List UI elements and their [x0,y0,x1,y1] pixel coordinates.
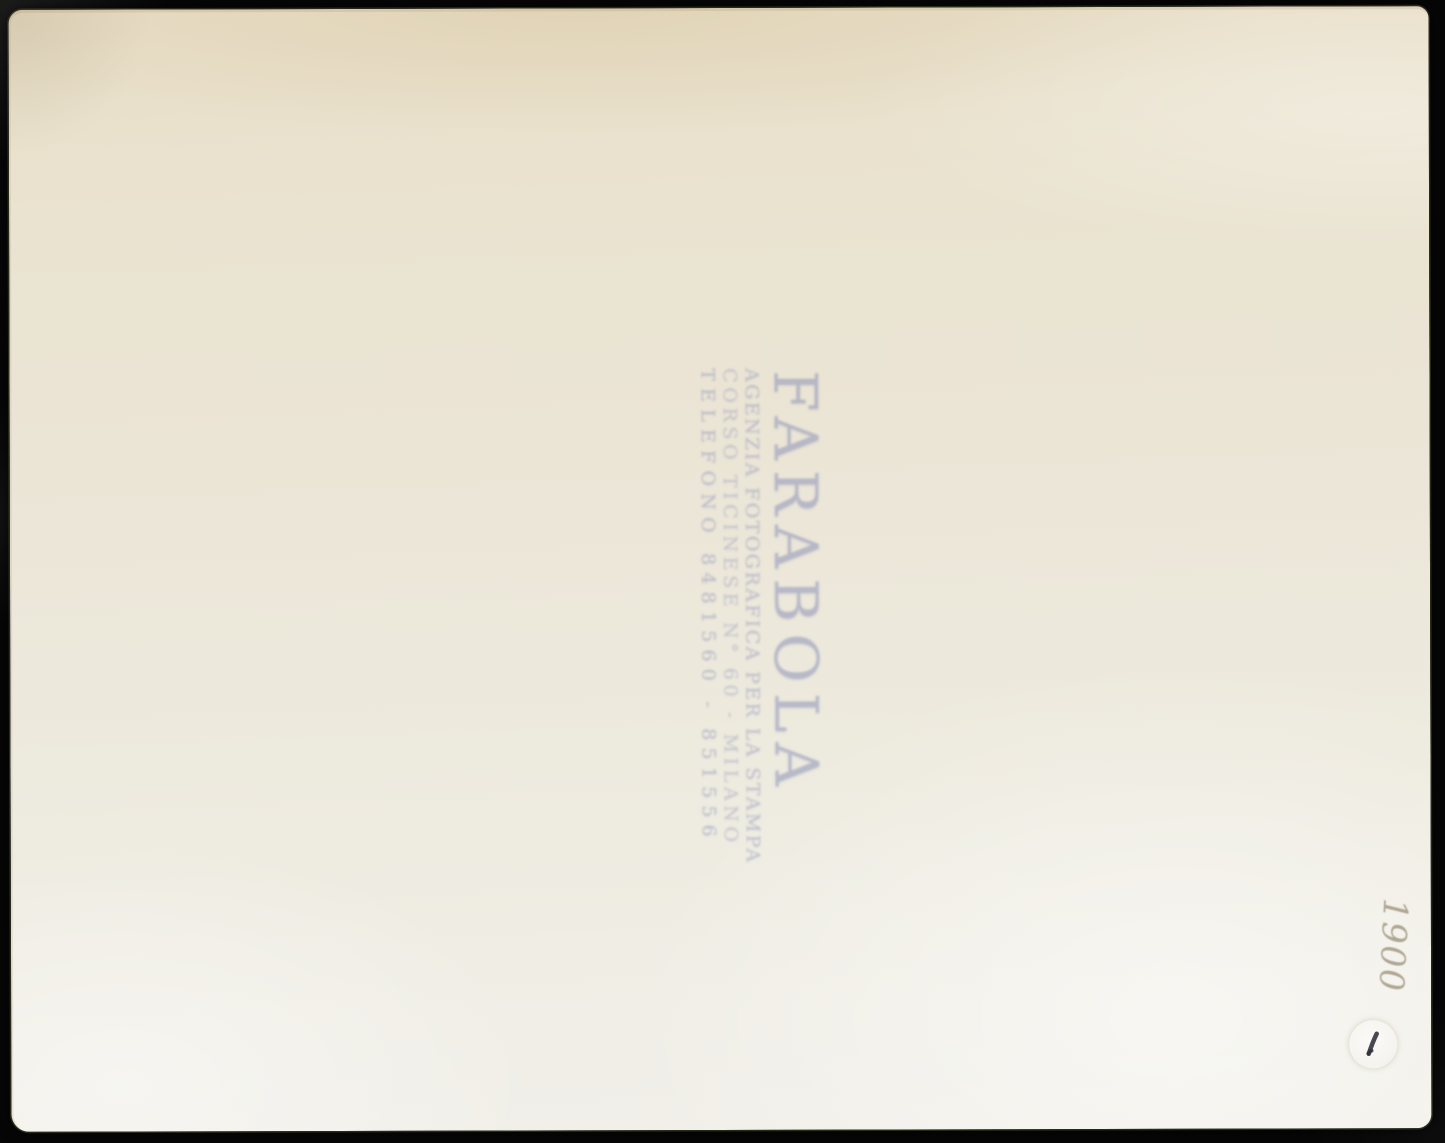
handwritten-year-note: 1900 [1373,897,1413,989]
round-sticker [1349,1020,1397,1068]
sticker-ink-mark [1349,1020,1397,1068]
photo-backdrop: FARABOLA AGENZIA FOTOGRAFICA PER LA STAM… [0,0,1445,1143]
stamp-line-agency: AGENZIA FOTOGRAFICA PER LA STAMPA [740,368,763,798]
stamp-line-address: CORSO TICINESE N° 60 - MILANO [718,368,741,798]
agency-stamp: FARABOLA AGENZIA FOTOGRAFICA PER LA STAM… [694,368,827,798]
stamp-title: FARABOLA [762,368,827,798]
photo-back-paper: FARABOLA AGENZIA FOTOGRAFICA PER LA STAM… [9,6,1432,1132]
stamp-line-phone: TELEFONO 8481560 - 851556 [696,368,719,798]
